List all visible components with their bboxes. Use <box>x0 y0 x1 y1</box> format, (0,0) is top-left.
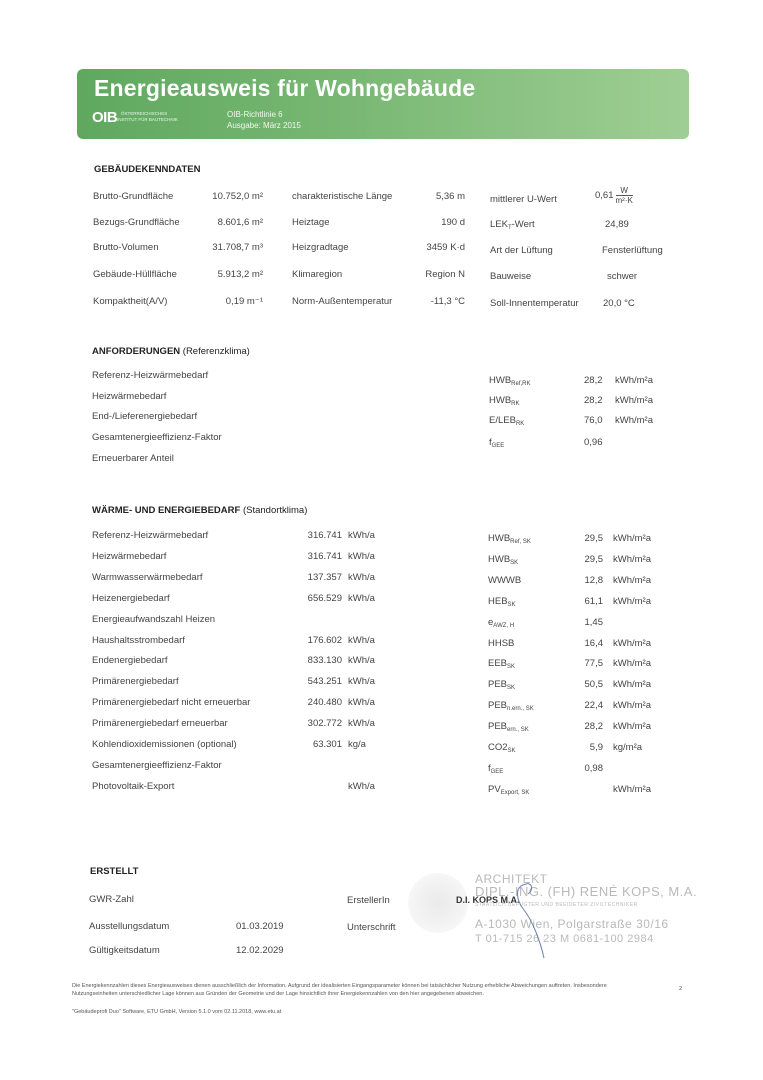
building-value: -11,3 °C <box>395 296 465 307</box>
header-banner: Energieausweis für Wohngebäude OIB ÖSTER… <box>77 69 689 139</box>
u-value-number: 0,61 <box>595 190 614 201</box>
created-label: Ausstellungsdatum <box>89 921 169 932</box>
requirement-unit: kWh/m²a <box>615 415 653 426</box>
building-label: Klimaregion <box>292 269 342 280</box>
oib-logo: OIB <box>92 109 117 126</box>
requirement-unit: kWh/m²a <box>615 375 653 386</box>
demand-specific-value: 29,5 <box>570 554 603 565</box>
requirement-value: 28,2 <box>584 375 603 386</box>
demand-specific-unit: kWh/m²a <box>613 700 651 711</box>
demand-absolute-value: 63.301 <box>290 739 342 750</box>
demand-label: Heizwärmebedarf <box>92 551 166 562</box>
demand-label: Referenz-Heizwärmebedarf <box>92 530 208 541</box>
requirement-symbol: E/LEBRK <box>489 415 524 427</box>
section-heading-waerme: WÄRME- UND ENERGIEBEDARF (Standortklima) <box>92 505 307 516</box>
demand-symbol: HWBSK <box>488 554 518 566</box>
symbol: HWB <box>489 395 511 406</box>
demand-absolute-unit: kWh/a <box>348 718 375 729</box>
demand-specific-value: 22,4 <box>570 700 603 711</box>
demand-absolute-unit: kWh/a <box>348 635 375 646</box>
symbol: PEB <box>488 700 507 711</box>
building-value: 10.752,0 m² <box>190 191 263 202</box>
demand-symbol: CO2SK <box>488 742 516 754</box>
signature-icon <box>510 880 550 960</box>
lek-main: LEK <box>490 219 508 230</box>
u-value: 0,61Wm²·K <box>595 186 633 205</box>
demand-absolute-value: 137.357 <box>290 572 342 583</box>
building-label: Art der Lüftung <box>490 245 553 256</box>
software-credit: "Gebäudeprofi Duo" Software, ETU GmbH, V… <box>72 1008 281 1016</box>
symbol-subscript: Ref, SK <box>510 539 531 545</box>
demand-symbol: PEBern., SK <box>488 721 529 733</box>
demand-label: Endenergiebedarf <box>92 655 168 666</box>
demand-symbol: eAWZ, H <box>488 617 514 629</box>
demand-symbol: PVExport, SK <box>488 784 529 796</box>
demand-specific-unit: kWh/m²a <box>613 721 651 732</box>
symbol-subscript: SK <box>507 685 515 691</box>
demand-specific-value: 12,8 <box>570 575 603 586</box>
symbol-subscript: SK <box>508 602 516 608</box>
demand-symbol: HEBSK <box>488 596 516 608</box>
heading-note: (Standortklima) <box>243 505 307 516</box>
heading-main: ANFORDERUNGEN <box>92 346 180 357</box>
demand-specific-value: 0,98 <box>570 763 603 774</box>
symbol-subscript: GEE <box>491 769 504 775</box>
demand-specific-unit: kWh/m²a <box>613 784 651 795</box>
lek-label: LEKT-Wert <box>490 219 535 231</box>
demand-specific-value: 50,5 <box>570 679 603 690</box>
demand-absolute-unit: kWh/a <box>348 697 375 708</box>
symbol-subscript: AWZ, H <box>493 623 514 629</box>
symbol-subscript: GEE <box>492 443 505 449</box>
oib-logo-subtitle: ÖSTERREICHISCHES INSTITUT FÜR BAUTECHNIK <box>117 111 178 122</box>
building-label: Bezugs-Grundfläche <box>93 217 180 228</box>
symbol: PEB <box>488 721 507 732</box>
demand-absolute-unit: kg/a <box>348 739 366 750</box>
unit-numerator: W <box>616 186 633 196</box>
requirement-value: 28,2 <box>584 395 603 406</box>
symbol: PEB <box>488 679 507 690</box>
demand-specific-unit: kg/m²a <box>613 742 642 753</box>
created-label: GWR-Zahl <box>89 894 134 905</box>
building-value: 190 d <box>395 217 465 228</box>
section-heading-erstellt: ERSTELLT <box>90 866 138 877</box>
symbol: HWB <box>488 554 510 565</box>
requirement-symbol: HWBRK <box>489 395 520 407</box>
stamp-line-3: STAATLICH BEFUGTER UND BEEIDETER ZIVILTE… <box>475 902 638 908</box>
heading-main: WÄRME- UND ENERGIEBEDARF <box>92 505 240 516</box>
building-value: Fensterlüftung <box>602 245 663 256</box>
demand-specific-unit: kWh/m²a <box>613 575 651 586</box>
demand-absolute-value: 240.480 <box>290 697 342 708</box>
requirement-label: Heizwärmebedarf <box>92 391 166 402</box>
building-value: schwer <box>607 271 637 282</box>
demand-label: Warmwasserwärmebedarf <box>92 572 203 583</box>
building-label: Heiztage <box>292 217 330 228</box>
building-value: 5,36 m <box>395 191 465 202</box>
requirement-symbol: fGEE <box>489 437 504 449</box>
building-value: 0,19 m⁻¹ <box>190 296 263 307</box>
requirement-label: End-/Lieferenergiebedarf <box>92 411 197 422</box>
demand-specific-value: 1,45 <box>570 617 603 628</box>
section-heading-anforderungen: ANFORDERUNGEN (Referenzklima) <box>92 346 250 357</box>
requirement-label: Gesamtenergieeffizienz-Faktor <box>92 432 222 443</box>
demand-specific-value: 29,5 <box>570 533 603 544</box>
building-label: Brutto-Volumen <box>93 242 158 253</box>
demand-absolute-unit: kWh/a <box>348 655 375 666</box>
creator-label: ErstellerIn <box>347 895 390 906</box>
demand-label: Primärenergiebedarf nicht erneuerbar <box>92 697 250 708</box>
building-label: Kompaktheit(A/V) <box>93 296 167 307</box>
building-label: Norm-Außentemperatur <box>292 296 392 307</box>
symbol: HWB <box>489 375 511 386</box>
demand-specific-value: 61,1 <box>570 596 603 607</box>
demand-specific-value: 28,2 <box>570 721 603 732</box>
guideline-info: OIB-Richtlinie 6 Ausgabe: März 2015 <box>227 109 301 131</box>
demand-specific-unit: kWh/m²a <box>613 554 651 565</box>
demand-label: Heizenergiebedarf <box>92 593 170 604</box>
demand-label: Energieaufwandszahl Heizen <box>92 614 215 625</box>
symbol: HHSB <box>488 638 514 649</box>
requirement-value: 0,96 <box>584 437 603 448</box>
stamp-line-5: T 01-715 26 23 M 0681-100 2984 <box>475 933 654 945</box>
demand-label: Gesamtenergieeffizienz-Faktor <box>92 760 222 771</box>
demand-absolute-value: 833.130 <box>290 655 342 666</box>
demand-symbol: PEBSK <box>488 679 515 691</box>
demand-specific-value: 16,4 <box>570 638 603 649</box>
symbol: E/LEB <box>489 415 516 426</box>
section-heading-gebaeudekenndaten: GEBÄUDEKENNDATEN <box>94 164 200 175</box>
demand-specific-unit: kWh/m²a <box>613 658 651 669</box>
requirement-symbol: HWBRef,RK <box>489 375 531 387</box>
building-label: charakteristische Länge <box>292 191 392 202</box>
symbol: WWWB <box>488 575 521 586</box>
symbol-subscript: n.ern., SK <box>507 706 534 712</box>
demand-symbol: EEBSK <box>488 658 515 670</box>
demand-absolute-value: 302.772 <box>290 718 342 729</box>
lek-rest: -Wert <box>512 219 535 230</box>
demand-absolute-value: 316.741 <box>290 551 342 562</box>
demand-specific-unit: kWh/m²a <box>613 533 651 544</box>
document-title: Energieausweis für Wohngebäude <box>94 75 475 102</box>
demand-absolute-unit: kWh/a <box>348 551 375 562</box>
demand-specific-value: 77,5 <box>570 658 603 669</box>
building-label: mittlerer U-Wert <box>490 194 557 205</box>
edition: Ausgabe: März 2015 <box>227 120 301 131</box>
requirement-value: 76,0 <box>584 415 603 426</box>
demand-symbol: HHSB <box>488 638 514 650</box>
symbol-subscript: RK <box>516 421 524 427</box>
demand-absolute-unit: kWh/a <box>348 593 375 604</box>
oib-sub-line2: INSTITUT FÜR BAUTECHNIK <box>117 117 178 123</box>
created-value: 01.03.2019 <box>236 921 284 932</box>
building-value: 20,0 °C <box>603 298 635 309</box>
requirement-label: Erneuerbarer Anteil <box>92 453 174 464</box>
demand-absolute-value: 316.741 <box>290 530 342 541</box>
demand-absolute-unit: kWh/a <box>348 781 375 792</box>
created-value: 12.02.2029 <box>236 945 284 956</box>
demand-absolute-value: 656.529 <box>290 593 342 604</box>
demand-label: Haushaltsstrombedarf <box>92 635 185 646</box>
demand-specific-value: 5,9 <box>570 742 603 753</box>
demand-symbol: WWWB <box>488 575 521 587</box>
demand-label: Primärenergiebedarf <box>92 676 179 687</box>
demand-symbol: fGEE <box>488 763 503 775</box>
symbol: HEB <box>488 596 508 607</box>
building-label: Gebäude-Hüllfläche <box>93 269 177 280</box>
requirement-unit: kWh/m²a <box>615 395 653 406</box>
demand-label: Kohlendioxidemissionen (optional) <box>92 739 237 750</box>
stamp-line-4: A-1030 Wien, Polgarstraße 30/16 <box>475 917 669 931</box>
u-value-unit: Wm²·K <box>616 186 633 205</box>
demand-symbol: PEBn.ern., SK <box>488 700 534 712</box>
demand-specific-unit: kWh/m²a <box>613 638 651 649</box>
demand-absolute-unit: kWh/a <box>348 530 375 541</box>
building-value: Region N <box>395 269 465 280</box>
symbol-subscript: Ref,RK <box>511 381 530 387</box>
disclaimer-text: Die Energiekennzahlen dieses Energieausw… <box>72 982 632 998</box>
building-label: Bauweise <box>490 271 531 282</box>
demand-label: Photovoltaik-Export <box>92 781 174 792</box>
demand-specific-unit: kWh/m²a <box>613 679 651 690</box>
signature-label: Unterschrift <box>347 922 396 933</box>
building-label: Soll-Innentemperatur <box>490 298 579 309</box>
building-value: 3459 K·d <box>395 242 465 253</box>
symbol: CO2 <box>488 742 508 753</box>
symbol-subscript: SK <box>510 560 518 566</box>
page-number: 2 <box>679 985 682 993</box>
symbol: PV <box>488 784 501 795</box>
demand-absolute-unit: kWh/a <box>348 572 375 583</box>
symbol: HWB <box>488 533 510 544</box>
building-value: 31.708,7 m³ <box>190 242 263 253</box>
symbol-subscript: SK <box>508 748 516 754</box>
symbol-subscript: ern., SK <box>507 727 529 733</box>
stamp-line-2: DIPL.-ING. (FH) RENÉ KOPS, M.A. <box>475 884 697 899</box>
building-label: Heizgradtage <box>292 242 349 253</box>
building-value: 8.601,6 m² <box>190 217 263 228</box>
guideline: OIB-Richtlinie 6 <box>227 109 301 120</box>
demand-absolute-value: 176.602 <box>290 635 342 646</box>
heading-note: (Referenzklima) <box>183 346 250 357</box>
symbol: EEB <box>488 658 507 669</box>
building-value: 24,89 <box>605 219 629 230</box>
symbol-subscript: SK <box>507 664 515 670</box>
symbol-subscript: Export, SK <box>501 790 530 796</box>
demand-specific-unit: kWh/m²a <box>613 596 651 607</box>
unit-denominator: m²·K <box>616 196 633 205</box>
created-label: Gültigkeitsdatum <box>89 945 160 956</box>
building-label: Brutto-Grundfläche <box>93 191 173 202</box>
requirement-label: Referenz-Heizwärmebedarf <box>92 370 208 381</box>
demand-label: Primärenergiebedarf erneuerbar <box>92 718 228 729</box>
building-value: 5.913,2 m² <box>190 269 263 280</box>
demand-absolute-unit: kWh/a <box>348 676 375 687</box>
demand-absolute-value: 543.251 <box>290 676 342 687</box>
demand-symbol: HWBRef, SK <box>488 533 531 545</box>
symbol-subscript: RK <box>511 401 519 407</box>
